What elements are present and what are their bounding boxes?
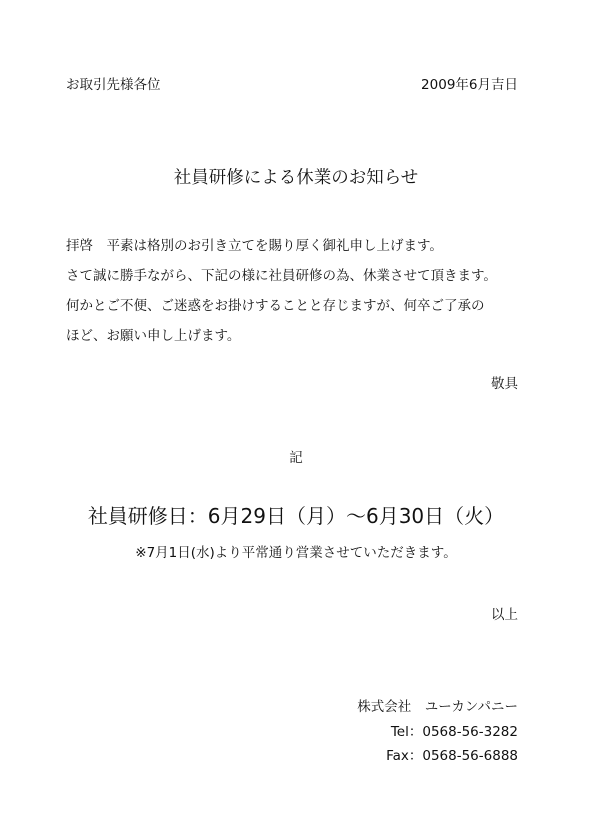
recipient: お取引先様各位 (66, 73, 161, 93)
date: 2009年6月吉日 (421, 73, 518, 93)
body-line-4: ほど、お願い申し上げます。 (66, 324, 240, 344)
closing-keigu: 敬具 (491, 372, 518, 392)
ki-heading: 記 (0, 446, 592, 466)
body-line-1: 拝啓 平素は格別のお引き立てを賜り厚く御礼申し上げます。 (66, 234, 443, 254)
body-line-3: 何かとご不便、ご迷惑をお掛けすることと存じますが、何卒ご了承の (66, 294, 485, 314)
closing-ijou: 以上 (491, 603, 518, 623)
resume-note: ※7月1日(水)より平常通り営業させていただきます。 (0, 541, 592, 561)
training-dates: 社員研修日：6月29日（月）～6月30日（火） (0, 500, 592, 529)
document-title: 社員研修による休業のお知らせ (0, 164, 592, 189)
tel: Tel：0568-56-3282 (391, 720, 518, 740)
body-line-2: さて誠に勝手ながら、下記の様に社員研修の為、休業させて頂きます。 (66, 264, 497, 284)
company-name: 株式会社 ユーカンパニー (357, 695, 518, 715)
fax: Fax：0568-56-6888 (386, 744, 518, 764)
